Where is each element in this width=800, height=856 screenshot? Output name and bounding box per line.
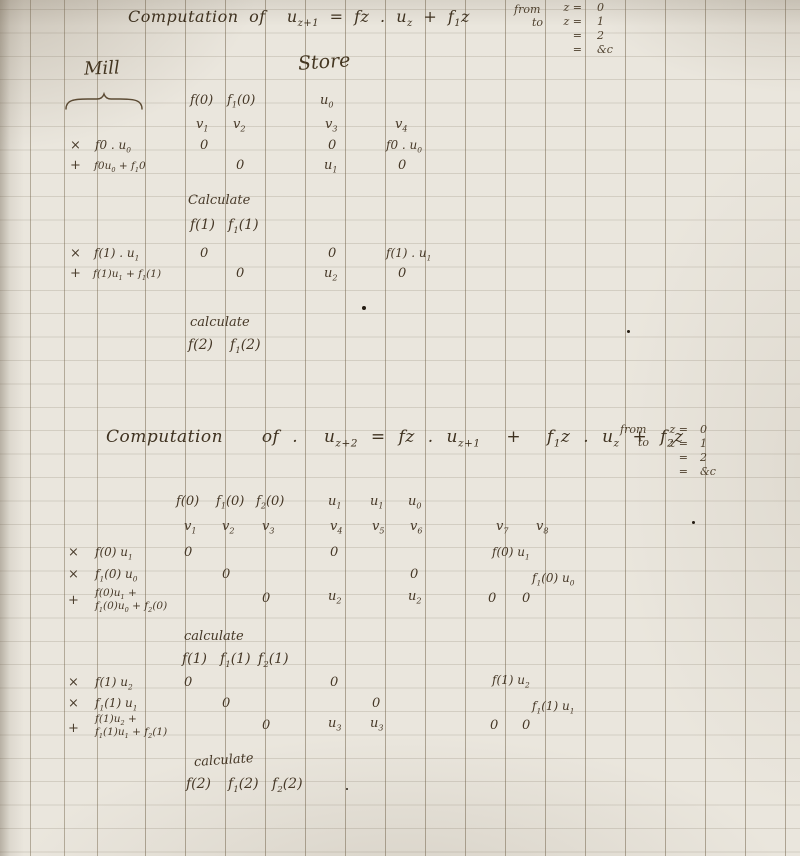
col-header-v7: v7 xyxy=(496,520,508,534)
cell-v1: 0 xyxy=(200,139,208,153)
operand-line1: f(0)u1 + xyxy=(95,588,137,600)
col-header-v5: v5 xyxy=(372,520,384,534)
cell-v4: 0 xyxy=(330,546,338,560)
range-lhs: = xyxy=(556,30,582,42)
cell-v3: 0 xyxy=(262,719,270,733)
cell-v3: 0 xyxy=(328,247,336,261)
operand: f0u0 + f10 xyxy=(94,161,146,173)
range-rhs: 0 xyxy=(597,2,604,14)
cell-v2: 0 xyxy=(222,568,230,582)
range-rhs: 1 xyxy=(700,438,707,450)
range-lhs: = xyxy=(556,44,582,56)
range-rhs: &c xyxy=(700,466,716,478)
cell-v5: u3 xyxy=(370,717,384,731)
cell-v8: f1(0) u0 xyxy=(532,572,574,585)
cell-v4: f0 . u0 xyxy=(386,139,422,152)
operand: f1(1) u1 xyxy=(95,697,137,710)
range-lhs: = xyxy=(662,466,688,478)
cell-v7: f(0) u1 xyxy=(492,546,530,559)
calculate-label: calculate xyxy=(190,316,250,330)
col-header-v2: v2 xyxy=(233,118,245,132)
vertical-rule xyxy=(64,0,65,856)
op-sign: × xyxy=(68,676,79,690)
calc-f: f(1) xyxy=(182,652,207,667)
range-rhs: &c xyxy=(597,44,613,56)
calculate-label: Calculate xyxy=(188,194,250,208)
range-rhs: 1 xyxy=(597,16,604,28)
operand: f0 . u0 xyxy=(95,139,131,152)
operand: f1(0) u0 xyxy=(95,568,137,581)
calc-f: f(2) xyxy=(188,338,213,353)
cell-v4: 0 xyxy=(398,267,406,281)
cell-v7: 0 xyxy=(490,719,498,733)
ink-speck xyxy=(692,521,695,524)
section1-title: Computation of uz+1 = fz . uz + f1z xyxy=(128,8,470,26)
col-header-f1-0: f1(0) xyxy=(227,94,255,108)
col-header-v3: v3 xyxy=(325,118,337,132)
calc-f1: f1(1) xyxy=(228,218,259,233)
range-rhs: 2 xyxy=(597,30,604,42)
cell-v5: 0 xyxy=(372,697,380,711)
section1-to-label: to xyxy=(532,17,543,29)
cell-v8: 0 xyxy=(522,592,530,606)
range-lhs: z = xyxy=(556,16,582,28)
col-header-v4: v4 xyxy=(395,118,407,132)
ink-speck xyxy=(627,330,630,333)
operand: f(1)u1 + f1(1) xyxy=(93,269,161,281)
calc-f1: f1(2) xyxy=(228,777,259,792)
calc-f: f(2) xyxy=(186,777,211,792)
cell-v2: 0 xyxy=(222,697,230,711)
col-header-u0: u0 xyxy=(408,495,422,509)
cell-v2: 0 xyxy=(236,267,244,281)
operand-line1: f(1)u2 + xyxy=(95,714,137,726)
calc-f: f(1) xyxy=(190,218,215,233)
cell-v6: u2 xyxy=(408,590,422,604)
cell-v4: 0 xyxy=(330,676,338,690)
section2-to-label: to xyxy=(638,437,649,449)
cell-v4: u3 xyxy=(328,717,342,731)
range-lhs: z = xyxy=(556,2,582,14)
cell-v4: 0 xyxy=(398,159,406,173)
col-header-v2: v2 xyxy=(222,520,234,534)
cell-v1: 0 xyxy=(184,676,192,690)
section1-from-label: from xyxy=(514,4,540,16)
op-sign: × xyxy=(70,247,81,261)
cell-v3: u2 xyxy=(324,267,338,281)
cell-v3: 0 xyxy=(328,139,336,153)
cell-v2: 0 xyxy=(236,159,244,173)
section2-from-label: from xyxy=(620,424,646,436)
calculate-label: calculate xyxy=(194,752,255,770)
op-sign: × xyxy=(68,546,79,560)
ink-speck xyxy=(346,788,348,790)
col-header-u1b: u1 xyxy=(370,495,384,509)
cell-v3: 0 xyxy=(262,592,270,606)
cell-v7: f(1) u2 xyxy=(492,674,530,687)
calc-f1: f1(2) xyxy=(230,338,261,353)
cell-v1: 0 xyxy=(184,546,192,560)
mill-brace xyxy=(64,94,144,112)
op-sign: + xyxy=(70,267,81,281)
cell-v4: u2 xyxy=(328,590,342,604)
op-sign: × xyxy=(68,568,79,582)
manuscript-page: Computation of uz+1 = fz . uz + f1z from… xyxy=(0,0,800,856)
calc-f1: f1(1) xyxy=(220,652,251,667)
operand-line2: f1(1)u1 + f2(1) xyxy=(95,727,167,739)
operand-line2: f1(0)u0 + f2(0) xyxy=(95,601,167,613)
col-header-v1: v1 xyxy=(196,118,208,132)
store-label: Store xyxy=(297,50,351,74)
col-header-f2-0: f2(0) xyxy=(256,495,284,509)
range-lhs: z = xyxy=(662,424,688,436)
operand: f(1) . u1 xyxy=(94,247,139,260)
cell-v8: f1(1) u1 xyxy=(532,700,574,713)
range-lhs: = xyxy=(662,452,688,464)
col-header-u0: u0 xyxy=(320,94,334,108)
calc-f2: f2(1) xyxy=(258,652,289,667)
col-header-v8: v8 xyxy=(536,520,548,534)
calc-f2: f2(2) xyxy=(272,777,303,792)
range-lhs: z = xyxy=(662,438,688,450)
col-header-u1a: u1 xyxy=(328,495,342,509)
op-sign: + xyxy=(68,594,79,608)
op-sign: × xyxy=(68,697,79,711)
range-rhs: 2 xyxy=(700,452,707,464)
range-rhs: 0 xyxy=(700,424,707,436)
col-header-f0: f(0) xyxy=(190,94,213,108)
col-header-v4: v4 xyxy=(330,520,342,534)
cell-v3: u1 xyxy=(324,159,338,173)
cell-v7: 0 xyxy=(488,592,496,606)
cell-v6: 0 xyxy=(410,568,418,582)
ink-speck xyxy=(362,306,366,310)
col-header-v3: v3 xyxy=(262,520,274,534)
col-header-f0: f(0) xyxy=(176,495,199,509)
cell-v8: 0 xyxy=(522,719,530,733)
col-header-f1-0: f1(0) xyxy=(216,495,244,509)
vertical-rule xyxy=(30,0,31,856)
operand: f(1) u2 xyxy=(95,676,133,689)
cell-v1: 0 xyxy=(200,247,208,261)
operand: f(0) u1 xyxy=(95,546,133,559)
col-header-v6: v6 xyxy=(410,520,422,534)
op-sign: × xyxy=(70,139,81,153)
mill-label: Mill xyxy=(84,58,120,79)
cell-v4: f(1) . u1 xyxy=(386,247,431,260)
section2-title: Computation of . uz+2 = fz . uz+1 + f1z … xyxy=(106,428,684,447)
calculate-label: calculate xyxy=(184,630,244,644)
op-sign: + xyxy=(70,159,81,173)
col-header-v1: v1 xyxy=(184,520,196,534)
op-sign: + xyxy=(68,722,79,736)
